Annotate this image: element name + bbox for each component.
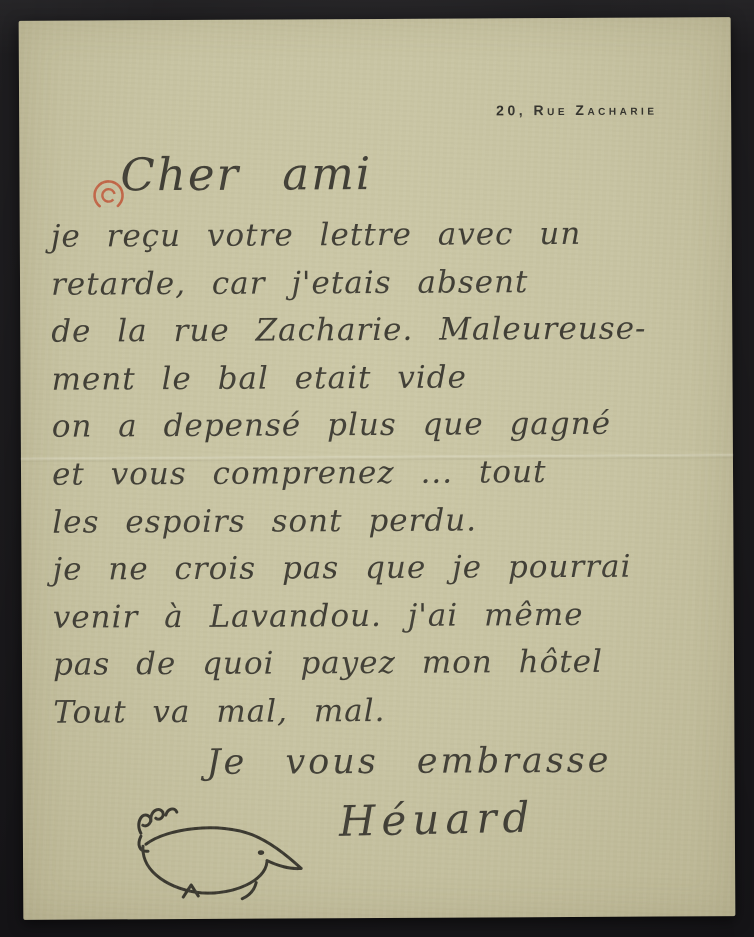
- signature: Héuard: [338, 792, 536, 845]
- letter-line: on a depensé plus que gagné: [52, 406, 716, 457]
- letterhead-address: 20, Rue Zacharie: [496, 102, 657, 119]
- closing-phrase: Je vous embrasse: [206, 741, 611, 783]
- letter-line: retarde, car j'etais absent: [51, 263, 715, 314]
- letter-line: Tout va mal, mal.: [53, 691, 717, 742]
- letter-body: je reçu votre lettre avec un retarde, ca…: [51, 215, 718, 742]
- letter-line: de la rue Zacharie. Maleureuse-: [51, 310, 715, 361]
- letter-line: je reçu votre lettre avec un: [51, 215, 715, 266]
- hen-drawing: [115, 797, 318, 912]
- letter-line: les espoirs sont perdu.: [52, 501, 716, 552]
- letter-line: je ne crois pas que je pourrai: [52, 548, 716, 599]
- letter-line: venir à Lavandou. j'ai même: [53, 596, 717, 647]
- photo-background: 20, Rue Zacharie Cher ami je reçu votre …: [0, 0, 754, 937]
- letter-line: ment le bal etait vide: [51, 358, 715, 409]
- letter-line: pas de quoi payez mon hôtel: [53, 644, 717, 695]
- letter-paper: 20, Rue Zacharie Cher ami je reçu votre …: [19, 17, 736, 920]
- letter-line: et vous comprenez ... tout: [52, 453, 716, 504]
- salutation: Cher ami: [120, 147, 372, 201]
